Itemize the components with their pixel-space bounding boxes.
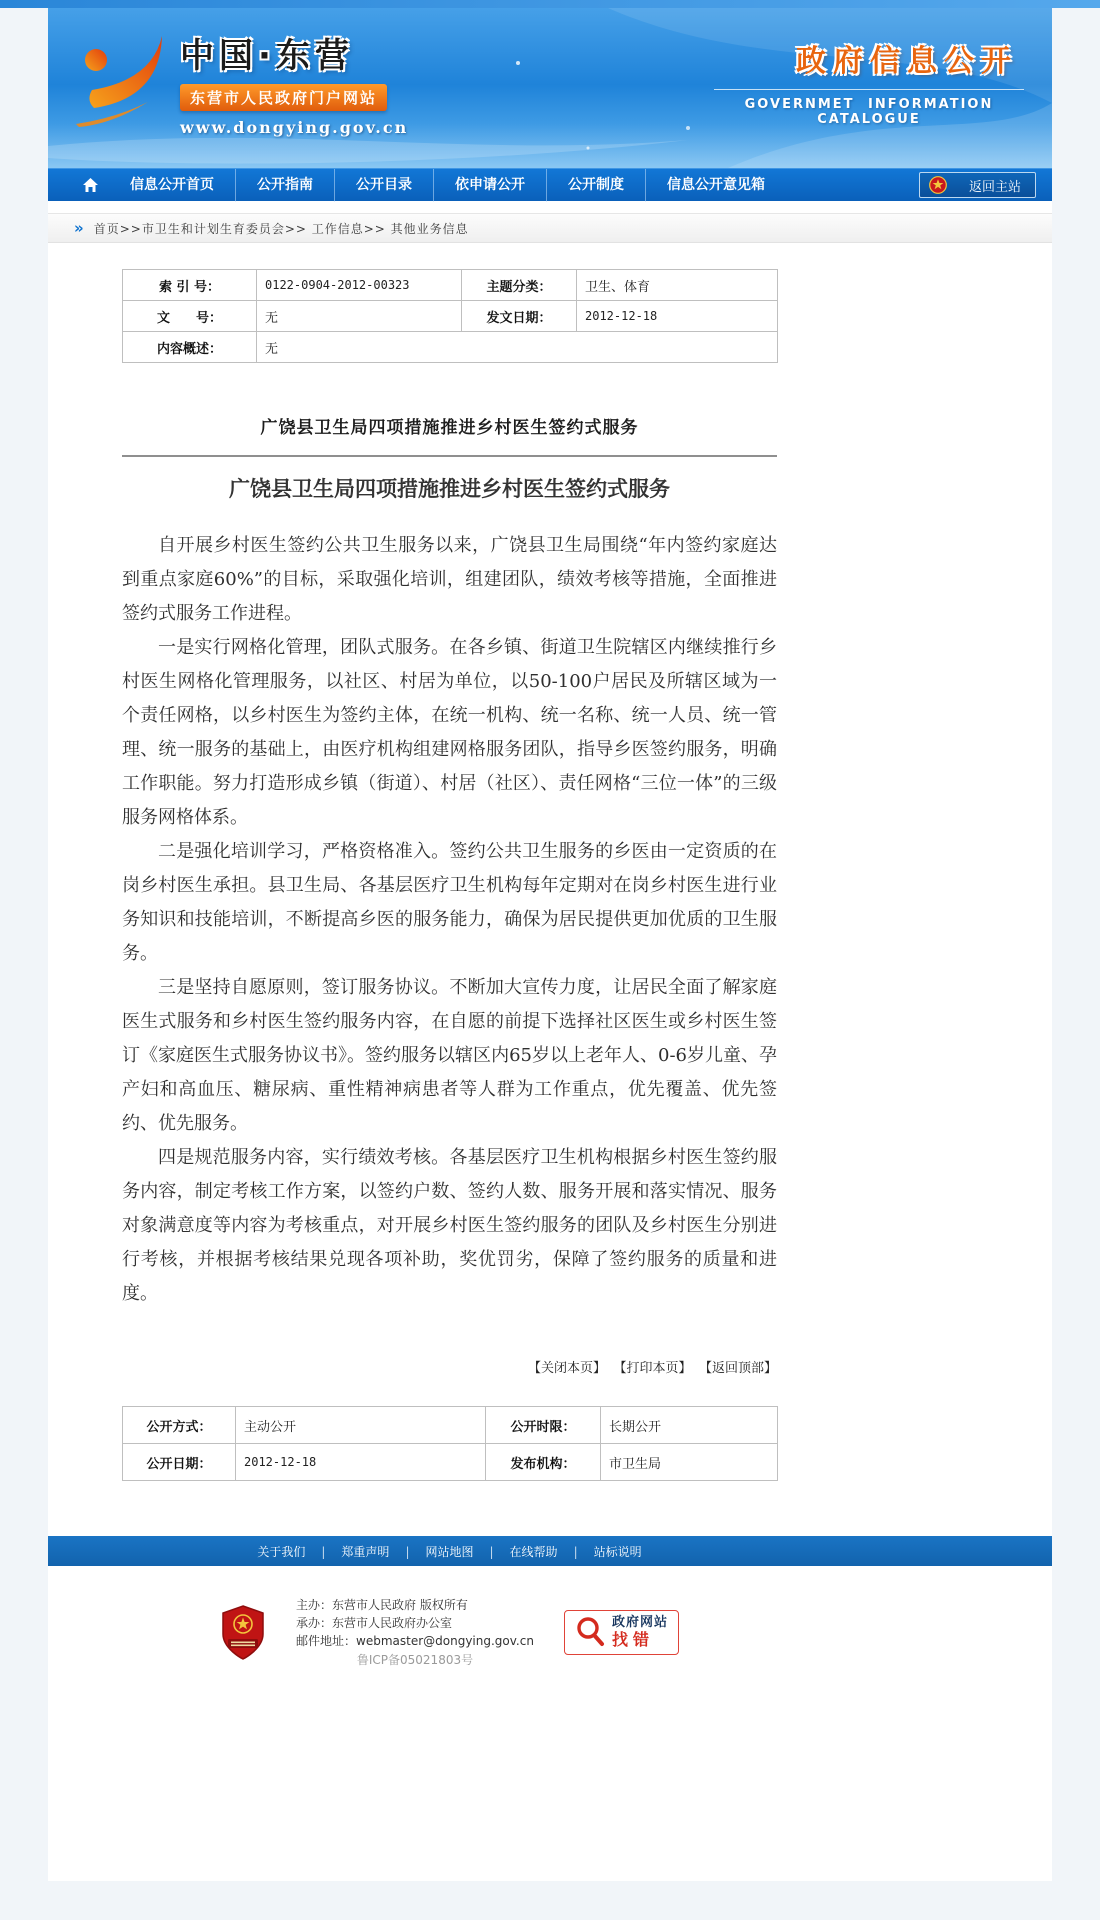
publish-org-label: 发布机构： bbox=[486, 1444, 601, 1481]
article-paragraph: 一是实行网格化管理，团队式服务。在各乡镇、街道卫生院辖区内继续推行乡村医生网格化… bbox=[122, 631, 777, 835]
back-to-main-button[interactable]: 返回主站 bbox=[919, 172, 1036, 198]
publish-period-label: 公开时限： bbox=[486, 1407, 601, 1444]
site-url: www.dongying.gov.cn bbox=[180, 118, 408, 137]
footer-organizer-line: 承办：东营市人民政府办公室 bbox=[296, 1614, 534, 1632]
category-label: 主题分类： bbox=[462, 270, 577, 301]
footer-icp-number: 鲁ICP备05021803号 bbox=[296, 1651, 534, 1669]
summary-label: 内容概述： bbox=[123, 332, 257, 363]
top-strip bbox=[0, 0, 1100, 8]
table-row: 内容概述： 无 bbox=[123, 332, 778, 363]
nav-item[interactable]: 公开指南 bbox=[235, 169, 334, 202]
article-paragraph: 二是强化培训学习，严格资格准入。签约公共卫生服务的乡医由一定资质的在岗乡村医生承… bbox=[122, 835, 777, 971]
dongying-swoosh-icon bbox=[72, 20, 172, 130]
footer-info: 主办：东营市人民政府 版权所有 承办：东营市人民政府办公室 邮件地址：webma… bbox=[122, 1566, 777, 1709]
home-icon[interactable] bbox=[82, 177, 99, 193]
action-link[interactable]: 【关闭本页】 bbox=[528, 1361, 606, 1376]
error-logo-top-label: 政府网站 bbox=[612, 1616, 668, 1631]
publish-date-value: 2012-12-18 bbox=[236, 1444, 486, 1481]
footer-email-line: 邮件地址：webmaster@dongying.gov.cn bbox=[296, 1632, 534, 1650]
article-paragraph: 四是规范服务内容，实行绩效考核。各基层医疗卫生机构根据乡村医生签约服务内容，制定… bbox=[122, 1141, 777, 1311]
doc-no-label: 文 号： bbox=[123, 301, 257, 332]
publication-info-table: 公开方式： 主动公开 公开时限： 长期公开 公开日期： 2012-12-18 发… bbox=[122, 1406, 778, 1481]
back-button-label: 返回主站 bbox=[969, 176, 1021, 195]
logo-text: 中国·东营 东营市人民政府门户网站 www.dongying.gov.cn bbox=[180, 28, 408, 137]
issue-date-label: 发文日期： bbox=[462, 301, 577, 332]
section-heading: 政府信息公开 GOVERNMET INFORMATION CATALOGUE bbox=[714, 36, 1024, 127]
site-name: 中国·东营 bbox=[180, 28, 408, 77]
table-row: 文 号： 无 发文日期： 2012-12-18 bbox=[123, 301, 778, 332]
publish-org-value: 市卫生局 bbox=[601, 1444, 778, 1481]
nav-item[interactable]: 公开制度 bbox=[546, 169, 645, 202]
footer-nav-item[interactable]: 郑重声明 bbox=[305, 1543, 389, 1560]
website-error-report-logo[interactable]: 政府网站 找错 bbox=[564, 1610, 679, 1655]
content-column: 索 引 号： 0122-0904-2012-00323 主题分类： 卫生、体育 … bbox=[122, 243, 777, 1481]
article-body: 自开展乡村医生签约公共卫生服务以来，广饶县卫生局围绕“年内签约家庭达到重点家庭6… bbox=[122, 529, 777, 1311]
summary-value: 无 bbox=[257, 332, 778, 363]
main-navbar: 信息公开首页公开指南公开目录依申请公开公开制度信息公开意见箱 返回主站 bbox=[48, 168, 1052, 201]
doc-no-value: 无 bbox=[257, 301, 462, 332]
error-logo-text: 政府网站 找错 bbox=[612, 1616, 668, 1649]
site-subtitle: 东营市人民政府门户网站 bbox=[180, 84, 387, 111]
article-actions: 【关闭本页】【打印本页】【返回顶部】 bbox=[122, 1357, 777, 1376]
footer-nav-bar: 关于我们郑重声明网站地图在线帮助站标说明 bbox=[48, 1536, 1052, 1566]
action-link[interactable]: 【返回顶部】 bbox=[705, 1361, 777, 1376]
page-container: 中国·东营 东营市人民政府门户网站 www.dongying.gov.cn 政府… bbox=[48, 8, 1052, 1881]
publish-period-value: 长期公开 bbox=[601, 1407, 778, 1444]
breadcrumb[interactable]: 首页>>市卫生和计划生育委员会>> 工作信息>> 其他业务信息 bbox=[94, 220, 469, 237]
footer-nav-item[interactable]: 关于我们 bbox=[257, 1543, 305, 1560]
action-link[interactable]: 【打印本页】 bbox=[620, 1361, 692, 1376]
site-logo[interactable]: 中国·东营 东营市人民政府门户网站 www.dongying.gov.cn bbox=[72, 20, 408, 137]
magnifier-icon bbox=[575, 1616, 605, 1648]
publish-method-label: 公开方式： bbox=[123, 1407, 236, 1444]
footer-nav-item[interactable]: 站标说明 bbox=[558, 1543, 642, 1560]
category-value: 卫生、体育 bbox=[577, 270, 778, 301]
page-title: 广饶县卫生局四项措施推进乡村医生签约式服务 bbox=[122, 413, 777, 438]
article-paragraph: 自开展乡村医生签约公共卫生服务以来，广饶县卫生局围绕“年内签约家庭达到重点家庭6… bbox=[122, 529, 777, 631]
footer-text-block: 主办：东营市人民政府 版权所有 承办：东营市人民政府办公室 邮件地址：webma… bbox=[296, 1596, 534, 1669]
article-paragraph: 三是坚持自愿原则，签订服务协议。不断加大宣传力度，让居民全面了解家庭医生式服务和… bbox=[122, 971, 777, 1141]
nav-items: 信息公开首页公开指南公开目录依申请公开公开制度信息公开意见箱 bbox=[109, 169, 786, 201]
nav-item[interactable]: 公开目录 bbox=[334, 169, 433, 202]
nav-item[interactable]: 信息公开首页 bbox=[109, 169, 235, 202]
footer-nav-item[interactable]: 在线帮助 bbox=[474, 1543, 558, 1560]
table-row: 公开方式： 主动公开 公开时限： 长期公开 bbox=[123, 1407, 778, 1444]
publish-method-value: 主动公开 bbox=[236, 1407, 486, 1444]
issue-date-value: 2012-12-18 bbox=[577, 301, 778, 332]
index-no-label: 索 引 号： bbox=[123, 270, 257, 301]
table-row: 公开日期： 2012-12-18 发布机构： 市卫生局 bbox=[123, 1444, 778, 1481]
footer-nav-item[interactable]: 网站地图 bbox=[389, 1543, 473, 1560]
government-badge-icon bbox=[220, 1605, 266, 1661]
footer-host-line: 主办：东营市人民政府 版权所有 bbox=[296, 1596, 534, 1614]
table-row: 索 引 号： 0122-0904-2012-00323 主题分类： 卫生、体育 bbox=[123, 270, 778, 301]
double-chevron-icon: » bbox=[74, 221, 84, 236]
index-no-value: 0122-0904-2012-00323 bbox=[257, 270, 462, 301]
document-meta-table: 索 引 号： 0122-0904-2012-00323 主题分类： 卫生、体育 … bbox=[122, 269, 778, 363]
breadcrumb-bar: » 首页>>市卫生和计划生育委员会>> 工作信息>> 其他业务信息 bbox=[48, 213, 1052, 243]
national-emblem-icon bbox=[929, 176, 947, 194]
error-logo-bottom-label: 找错 bbox=[612, 1631, 668, 1649]
nav-item[interactable]: 信息公开意见箱 bbox=[645, 169, 786, 202]
site-banner: 中国·东营 东营市人民政府门户网站 www.dongying.gov.cn 政府… bbox=[48, 8, 1052, 168]
section-subtitle-en: GOVERNMET INFORMATION CATALOGUE bbox=[714, 89, 1024, 127]
nav-item[interactable]: 依申请公开 bbox=[433, 169, 546, 202]
article-subtitle: 广饶县卫生局四项措施推进乡村医生签约式服务 bbox=[122, 473, 777, 503]
section-title: 政府信息公开 bbox=[714, 36, 1024, 80]
footer-nav-items: 关于我们郑重声明网站地图在线帮助站标说明 bbox=[122, 1536, 777, 1566]
publish-date-label: 公开日期： bbox=[123, 1444, 236, 1481]
title-divider bbox=[122, 455, 777, 457]
